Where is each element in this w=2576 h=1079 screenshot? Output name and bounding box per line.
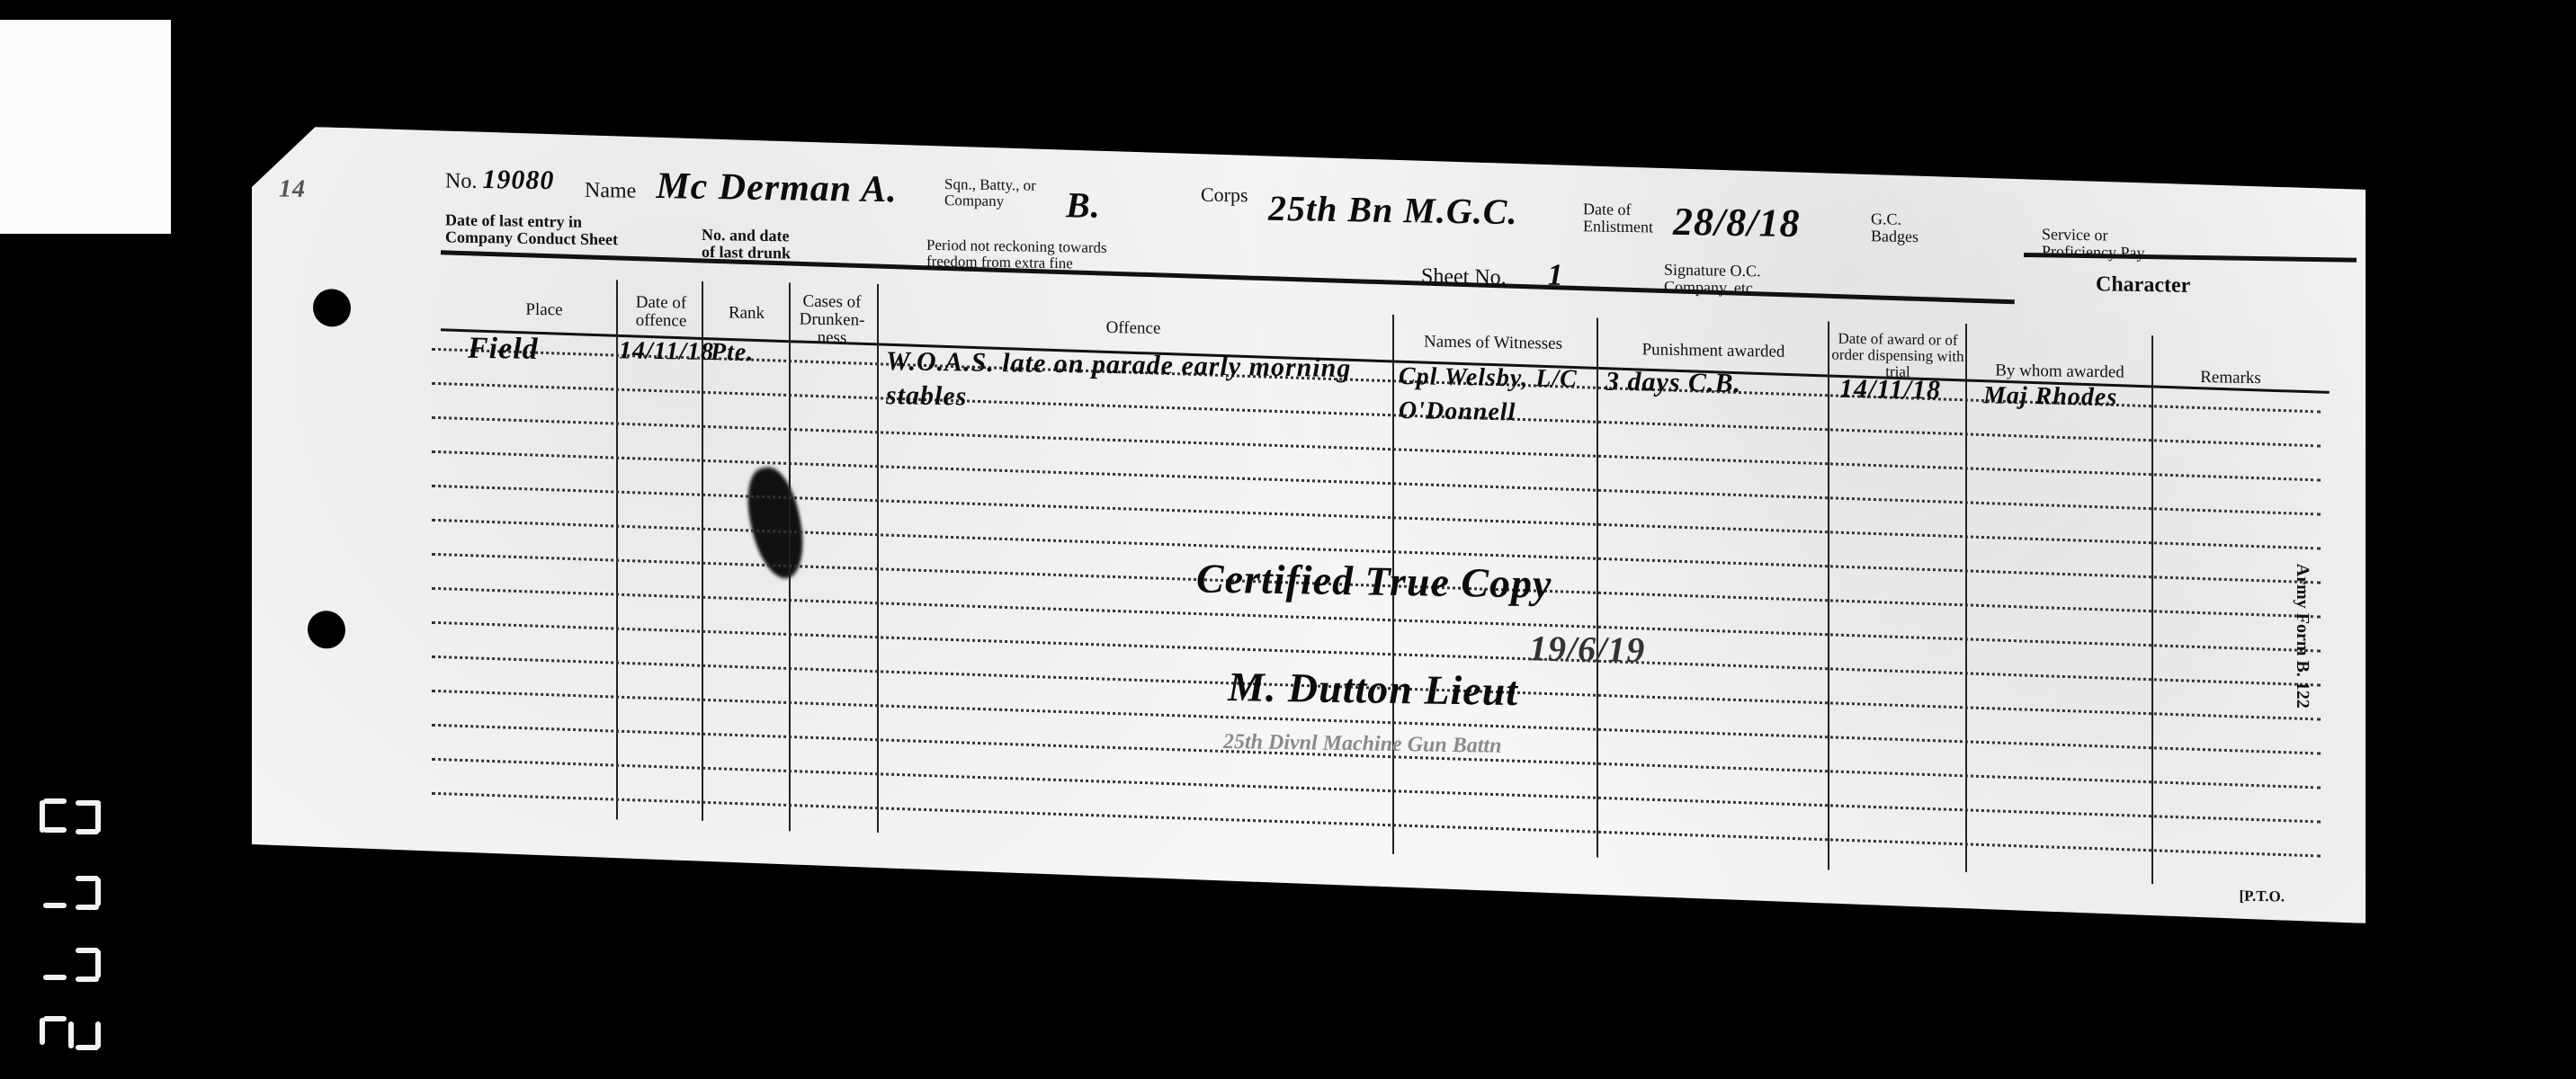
enlistment-label: Date of Enlistment — [1583, 201, 1664, 236]
enlistment-value: 28/8/18 — [1673, 199, 1800, 246]
cell-date-of-offence: 14/11/18 — [619, 336, 714, 367]
col-header-offence: Offence — [881, 316, 1385, 342]
col-header-place: Place — [468, 300, 621, 321]
pto-label: [P.T.O. — [2239, 887, 2285, 906]
col-header-drunkenness: Cases of Drunken-ness — [792, 292, 872, 347]
company-value: B. — [1066, 183, 1101, 227]
certification-text: Certified True Copy — [1196, 554, 1552, 607]
cell-witnesses: Cpl Welsby, L/C O'Donnell — [1399, 360, 1579, 431]
cell-offence: W.O.A.S. late on parade early morning st… — [886, 344, 1354, 420]
company-label: Sqn., Batty., or Company — [944, 176, 1043, 210]
col-header-awarded-by: By whom awarded — [1970, 361, 2150, 382]
last-drunk-label: No. and date of last drunk — [702, 227, 805, 263]
punch-hole — [308, 611, 345, 649]
conduct-sheet-form: 14 No. 19080 Name Mc Derman A. Sqn., Bat… — [252, 126, 2366, 923]
col-header-date-of-offence: Date of offence — [621, 293, 702, 330]
last-entry-label: Date of last entry in Company Conduct Sh… — [445, 211, 652, 248]
col-header-witnesses: Names of Witnesses — [1399, 333, 1588, 353]
unit-stamp: 25th Divnl Machine Gun Battn — [1223, 730, 1501, 759]
no-label: No. — [445, 169, 477, 193]
corps-label: Corps — [1201, 184, 1248, 206]
gc-badges-label: G.C. Badges — [1871, 210, 1925, 245]
corps-value: 25th Bn M.G.C. — [1268, 187, 1517, 233]
cell-rank: Pte. — [711, 338, 754, 368]
certification-signature: M. Dutton Lieut — [1228, 663, 1518, 715]
col-header-rank: Rank — [706, 304, 787, 323]
certification-date: 19/6/19 — [1529, 627, 1645, 671]
corner-mark: 14 — [279, 174, 306, 203]
col-header-punishment: Punishment awarded — [1601, 341, 1826, 362]
cell-awarded-by: Maj Rhodes — [1983, 381, 2117, 412]
cell-date-of-award: 14/11/18 — [1839, 374, 1941, 406]
form-id: Army Form B. 122 — [2292, 564, 2312, 709]
name-label: Name — [585, 179, 636, 203]
no-value: 19080 — [482, 165, 554, 195]
name-field: Name Mc Derman A. — [585, 165, 898, 210]
table-row: Field 14/11/18 Pte. W.O.A.S. late on par… — [252, 126, 2366, 159]
frame-number: 2770 — [27, 782, 108, 1052]
cell-punishment: 3 days C.B. — [1606, 367, 1741, 399]
punch-hole — [313, 289, 351, 327]
white-card — [0, 20, 171, 234]
no-field: No. 19080 — [445, 165, 554, 194]
character-label: Character — [2096, 273, 2190, 298]
name-value: Mc Derman A. — [656, 165, 897, 210]
header-rule-right — [2024, 253, 2357, 263]
cell-place: Field — [468, 332, 539, 367]
